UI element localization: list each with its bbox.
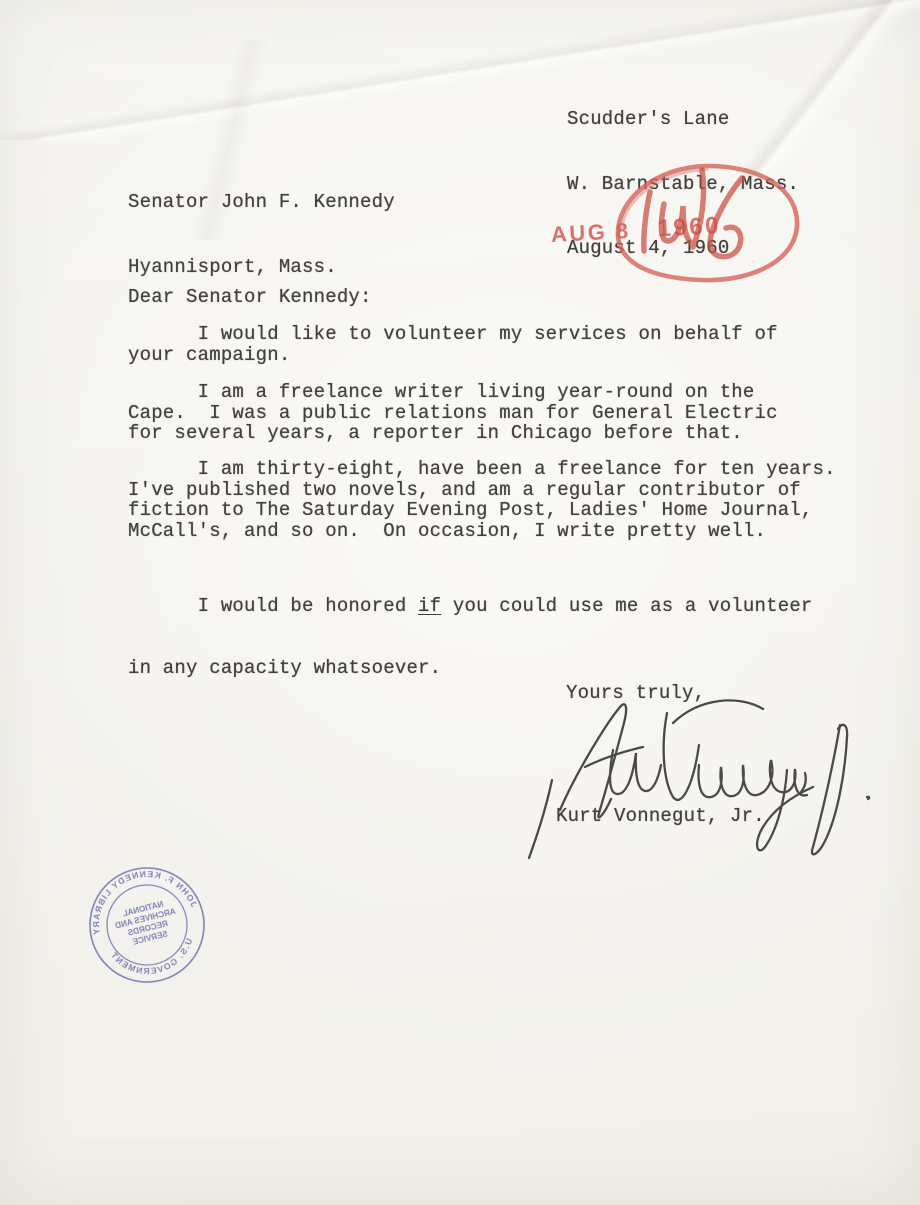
paragraph-4-text: I would be honored (128, 595, 418, 617)
recipient-name: Senator John F. Kennedy (128, 192, 395, 214)
closing: Yours truly, (566, 683, 705, 704)
paragraph-2: I am a freelance writer living year-roun… (128, 382, 778, 444)
paragraph-4-line-2: in any capacity whatsoever. (128, 658, 813, 679)
paragraph-4-text-after: you could use me as a volunteer (441, 595, 812, 617)
signature-scrawl (525, 695, 890, 867)
sender-address-block: Scudder's Lane W. Barnstable, Mass. Augu… (567, 66, 799, 303)
paragraph-4-line-1: I would be honored if you could use me a… (128, 596, 813, 617)
archive-library-stamp: JOHN F. KENNEDY LIBRARY U.S. GOVERNMENT … (71, 849, 224, 1002)
typed-signature-name: Kurt Vonnegut, Jr. (556, 806, 765, 827)
stamp-month-day: AUG 8 (550, 218, 631, 248)
paragraph-3: I am thirty-eight, have been a freelance… (128, 459, 836, 541)
stamp-year: 1960 (657, 212, 722, 243)
recipient-city: Hyannisport, Mass. (128, 257, 395, 279)
underlined-word: if (418, 595, 441, 617)
salutation: Dear Senator Kennedy: (128, 287, 372, 308)
sender-street: Scudder's Lane (567, 109, 799, 131)
letter-page: Scudder's Lane W. Barnstable, Mass. Augu… (0, 0, 920, 1205)
paragraph-1: I would like to volunteer my services on… (128, 324, 778, 365)
sender-city: W. Barnstable, Mass. (567, 174, 799, 196)
paragraph-4: I would be honored if you could use me a… (128, 555, 813, 719)
